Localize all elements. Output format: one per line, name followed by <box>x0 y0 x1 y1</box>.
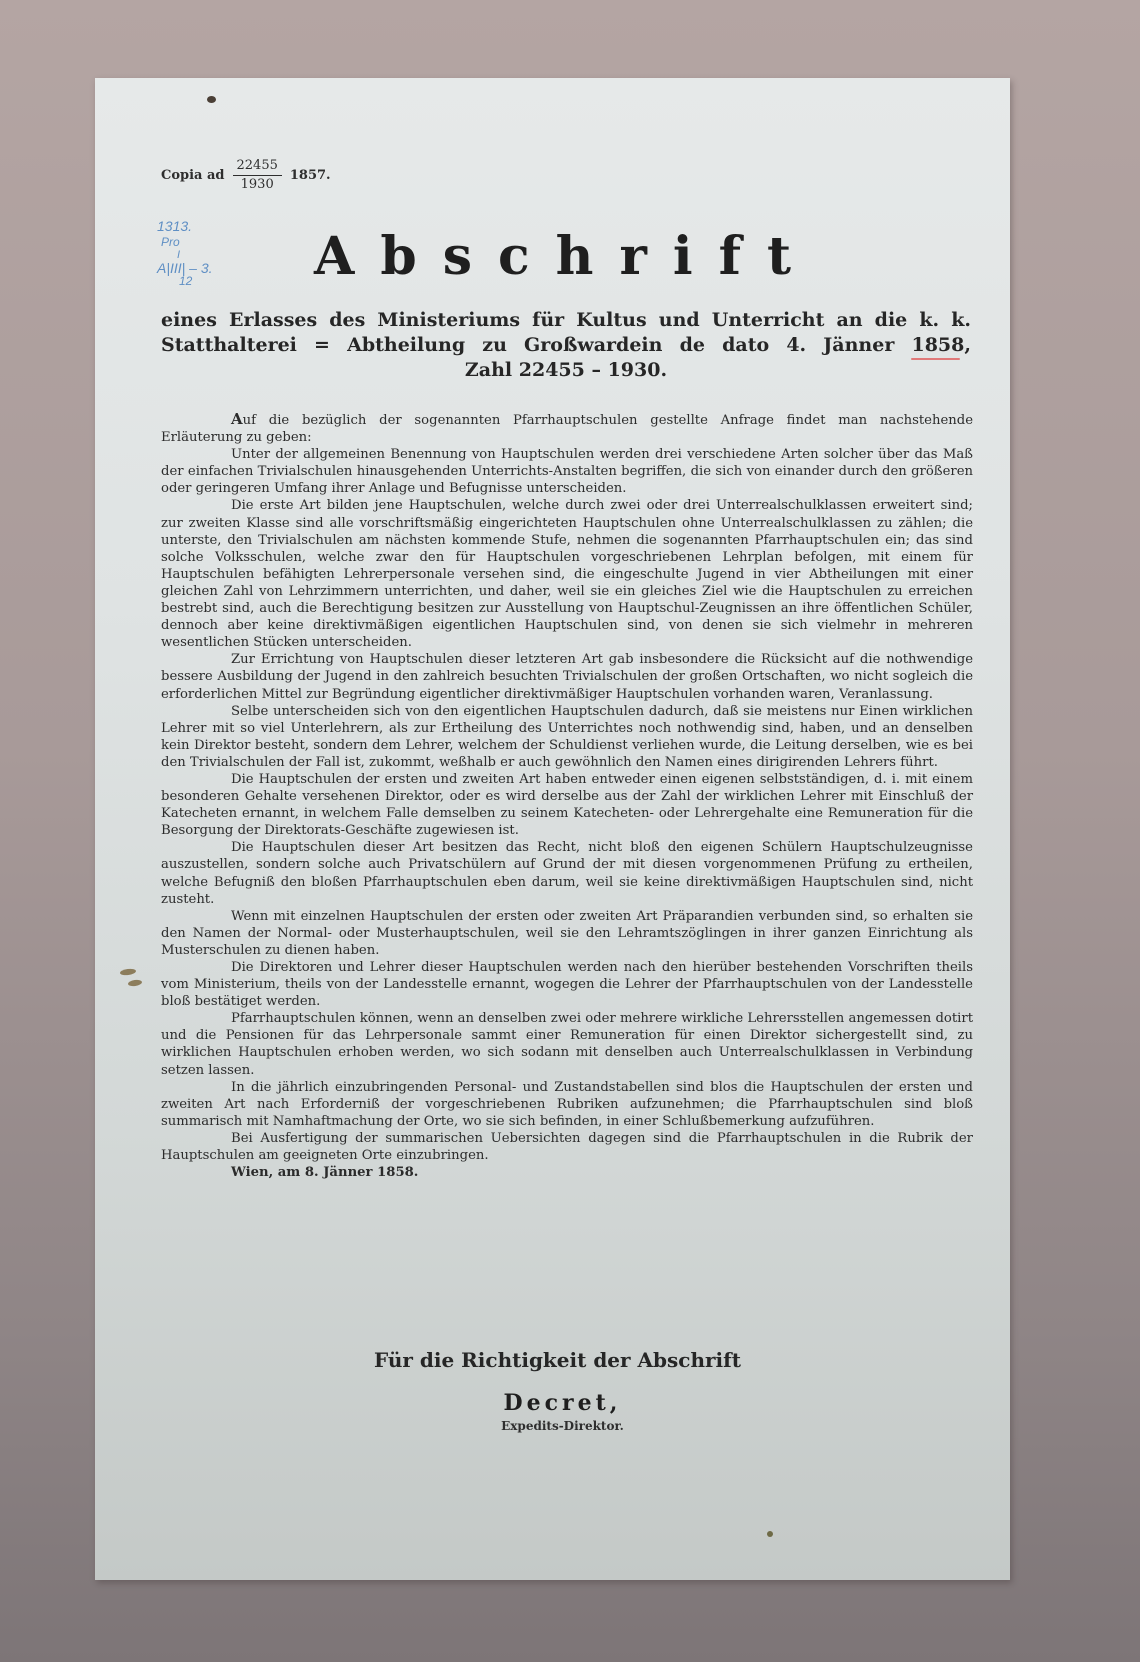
reference-number: Copia ad 22455 1930 1857. <box>161 158 331 193</box>
subtitle-line: eines Erlasses des Ministeriums für Kult… <box>161 308 971 333</box>
stain-mark <box>120 968 137 976</box>
certification-line: Für die Richtigkeit der Abschrift <box>95 1348 1010 1372</box>
reference-denominator: 1930 <box>241 176 274 193</box>
paragraph: Die erste Art bilden jene Hauptschulen, … <box>161 497 973 651</box>
paragraph: Auf die bezüglich der sogenannten Pfarrh… <box>161 411 973 446</box>
paragraph: Zur Errichtung von Hauptschulen dieser l… <box>161 651 973 702</box>
paragraph: Unter der allgemeinen Benennung von Haup… <box>161 446 973 497</box>
paragraph: In die jährlich einzubringenden Personal… <box>161 1079 973 1130</box>
document-subtitle: eines Erlasses des Ministeriums für Kult… <box>161 308 971 383</box>
document-title: Abschrift <box>95 226 1010 287</box>
signer-name: Decret, <box>95 1390 1010 1416</box>
reference-numerator: 22455 <box>233 158 282 176</box>
paragraph: Wenn mit einzelnen Hauptschulen der erst… <box>161 908 973 959</box>
initial-letter: A <box>231 410 243 428</box>
underlined-year: 1858 <box>911 334 964 356</box>
reference-prefix: Copia ad <box>161 168 225 183</box>
stain-mark <box>128 979 143 987</box>
paragraph: Die Hauptschulen dieser Art besitzen das… <box>161 839 973 907</box>
document-page: Copia ad 22455 1930 1857. 1313. Pro I A|… <box>95 78 1010 1580</box>
place-and-date: Wien, am 8. Jänner 1858. <box>161 1164 973 1181</box>
subtitle-line: Zahl 22455 – 1930. <box>161 358 971 383</box>
ink-spot <box>207 96 216 103</box>
subtitle-line: Statthalterei = Abtheilung zu Großwardei… <box>161 333 971 358</box>
paragraph: Bei Ausfertigung der summarischen Uebers… <box>161 1130 973 1164</box>
signer-role: Expedits-Direktor. <box>95 1419 1010 1433</box>
stain-mark <box>767 1531 773 1537</box>
reference-fraction: 22455 1930 <box>233 158 282 193</box>
paragraph: Die Direktoren und Lehrer dieser Hauptsc… <box>161 959 973 1010</box>
paragraph: Die Hauptschulen der ersten und zweiten … <box>161 771 973 839</box>
paragraph: Pfarrhauptschulen können, wenn an densel… <box>161 1010 973 1078</box>
document-body: Auf die bezüglich der sogenannten Pfarrh… <box>161 411 973 1181</box>
subtitle-punct: , <box>964 334 971 356</box>
subtitle-text: Statthalterei = Abtheilung zu Großwardei… <box>161 334 911 356</box>
reference-year: 1857. <box>290 168 331 183</box>
paragraph: Selbe unterscheiden sich von den eigentl… <box>161 703 973 771</box>
